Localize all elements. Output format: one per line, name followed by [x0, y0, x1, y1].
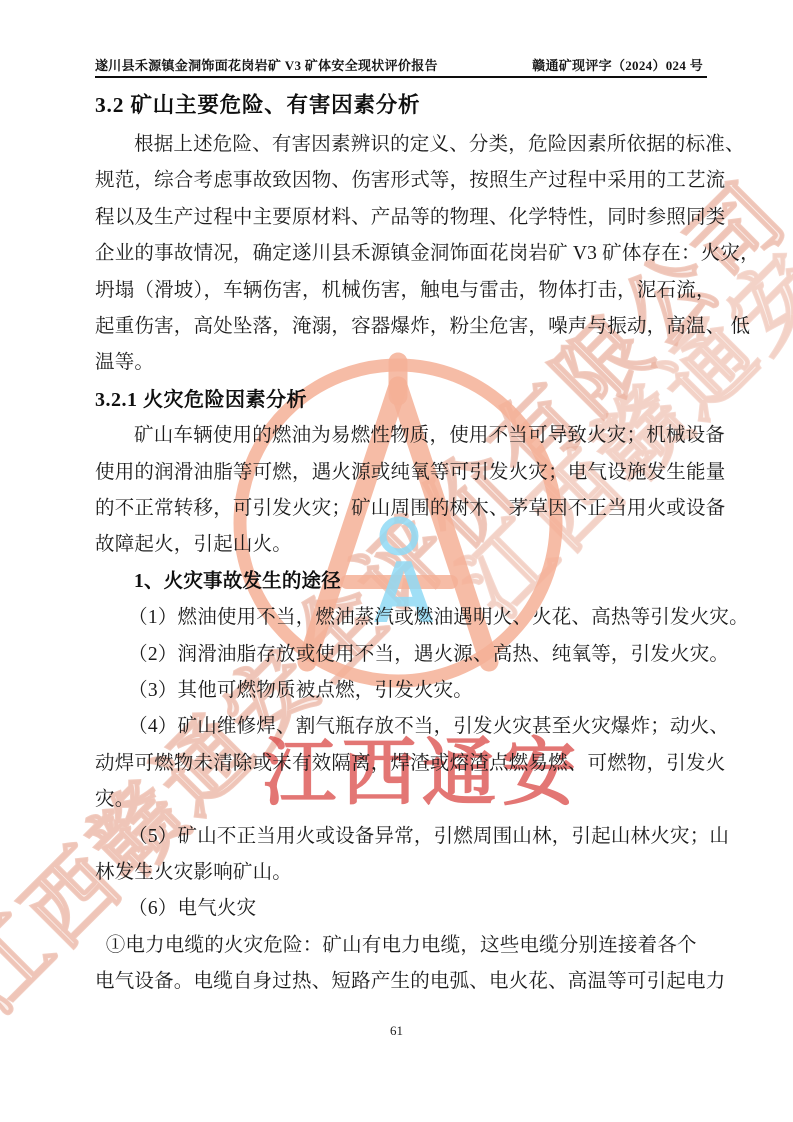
- paragraph-line: 矿山车辆使用的燃油为易燃性物质，使用不当可导致火灾；机械设备: [95, 418, 774, 455]
- paragraph-line: 的不正常转移，可引发火灾；矿山周围的树木、茅草因不正当用火或设备: [95, 491, 735, 528]
- header-left-title: 遂川县禾源镇金洞饰面花岗岩矿 V3 矿体安全现状评价报告: [95, 55, 438, 74]
- report-page: { "page": { "number": "61" }, "header": …: [0, 0, 793, 1122]
- header-doc-number: 赣通矿现评字（2024）024 号: [532, 55, 703, 74]
- paragraph-line: 起重伤害，高处坠落，淹溺，容器爆炸，粉尘危害，噪声与振动，高温、 低: [95, 309, 735, 346]
- paragraph-line: 程以及生产过程中主要原材料、产品等的物理、化学特性，同时参照同类: [95, 200, 735, 237]
- header-divider: [95, 76, 707, 78]
- paragraph-line: （6）电气火灾: [95, 891, 768, 928]
- content-layer: 遂川县禾源镇金洞饰面花岗岩矿 V3 矿体安全现状评价报告 赣通矿现评字（2024…: [0, 0, 793, 1122]
- section-heading: 1、火灾事故发生的途径: [95, 564, 774, 601]
- paragraph-line: （5）矿山不正当用火或设备异常，引燃周围山林，引起山林火灾；山: [95, 819, 768, 856]
- section-heading: 3.2.1 火灾危险因素分析: [95, 382, 735, 419]
- paragraph-line: 故障起火，引起山火。: [95, 527, 735, 564]
- paragraph-line: 使用的润滑油脂等可燃，遇火源或纯氧等可引发火灾；电气设施发生能量: [95, 455, 735, 492]
- paragraph-line: 规范，综合考虑事故致因物、伤害形式等，按照生产过程中采用的工艺流: [95, 163, 735, 200]
- page-number: 61: [0, 1023, 793, 1039]
- section-heading: 3.2 矿山主要危险、有害因素分析: [95, 88, 420, 122]
- paragraph-line: 企业的事故情况，确定遂川县禾源镇金洞饰面花岗岩矿 V3 矿体存在：火灾，: [95, 236, 735, 273]
- paragraph-line: （2）润滑油脂存放或使用不当，遇火源、高热、纯氧等，引发火灾。: [95, 637, 768, 674]
- paragraph-line: 温等。: [95, 345, 735, 382]
- paragraph-line: 动焊可燃物未清除或未有效隔离，焊渣或熔渣点燃易燃、可燃物，引发火: [95, 746, 735, 783]
- paragraph-line: ①电力电缆的火灾危险：矿山有电力电缆，这些电缆分别连接着各个: [95, 928, 746, 965]
- paragraph-line: （3）其他可燃物质被点燃，引发火灾。: [95, 673, 768, 710]
- paragraph-line: （4）矿山维修焊、割气瓶存放不当，引发火灾甚至火灾爆炸；动火、: [95, 709, 768, 746]
- paragraph-line: 坍塌（滑坡），车辆伤害，机械伤害，触电与雷击，物体打击，泥石流，: [95, 273, 735, 310]
- paragraph-line: 电气设备。电缆自身过热、短路产生的电弧、电火花、高温等可引起电力: [95, 964, 735, 1001]
- paragraph-line: 灾。: [95, 782, 735, 819]
- paragraph-line: 林发生火灾影响矿山。: [95, 855, 735, 892]
- paragraph-line: 根据上述危险、有害因素辨识的定义、分类，危险因素所依据的标准、: [95, 127, 774, 164]
- paragraph-line: （1）燃油使用不当，燃油蒸汽或燃油遇明火、火花、高热等引发火灾。: [95, 600, 768, 637]
